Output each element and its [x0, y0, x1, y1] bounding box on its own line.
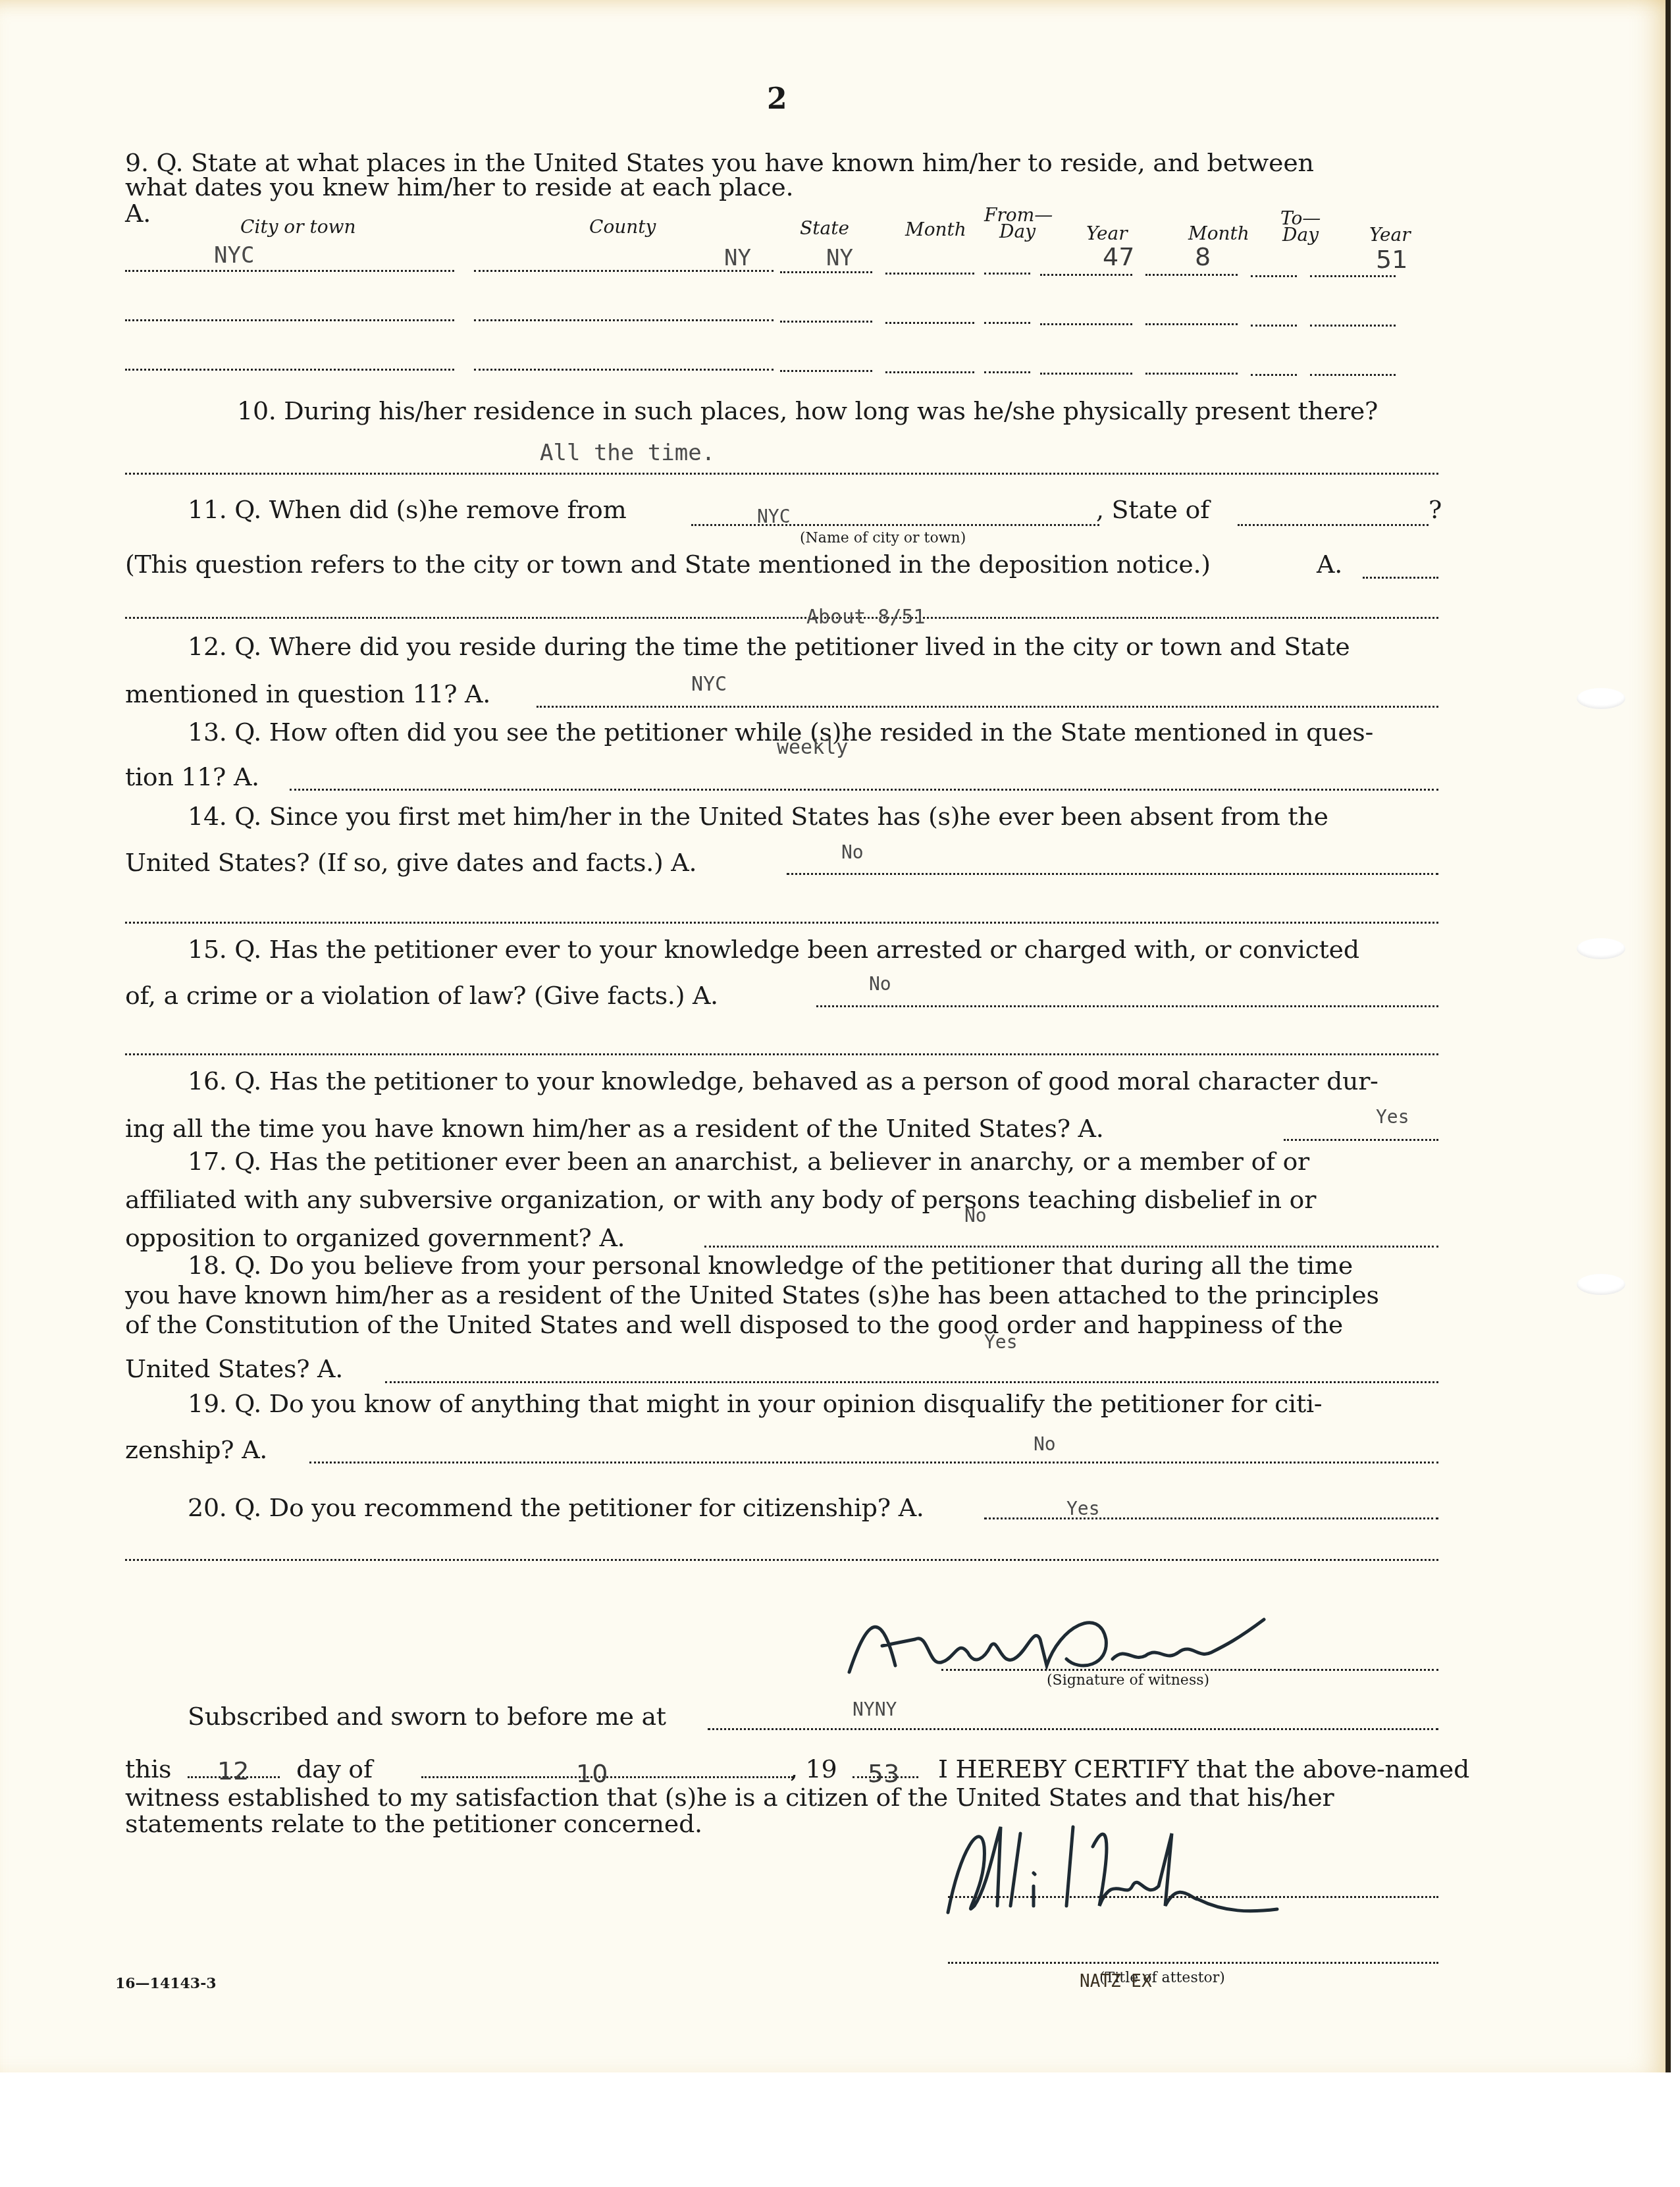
q20-answer-line — [984, 1517, 1438, 1519]
q9-answer-label: A. — [125, 199, 151, 228]
row1-from-year[interactable]: 47 — [1103, 242, 1134, 271]
q18-question-line4: United States? A. — [125, 1354, 343, 1383]
row1-to-year[interactable]: 51 — [1376, 245, 1407, 274]
attestor-title-line — [948, 1962, 1438, 1964]
punch-hole — [1577, 1274, 1625, 1295]
q11-answer[interactable]: About 8/51 — [806, 606, 926, 629]
witness-signature-line — [941, 1669, 1438, 1671]
q19-question-line2: zenship? A. — [125, 1435, 267, 1464]
q16-question-line2: ing all the time you have known him/her … — [125, 1114, 1103, 1143]
q18-answer-line — [385, 1381, 1438, 1383]
certify-line1: I HEREBY CERTIFY that the above-named — [938, 1754, 1469, 1783]
q12-answer[interactable]: NYC — [691, 673, 727, 696]
q11-answer-line — [125, 617, 1438, 619]
punch-hole — [1577, 938, 1625, 959]
q16-answer[interactable]: Yes — [1376, 1106, 1409, 1128]
q18-question-line1: 18. Q. Do you believe from your personal… — [188, 1251, 1353, 1280]
q18-question-line3: of the Constitution of the United States… — [125, 1310, 1343, 1339]
sworn-place-line — [708, 1728, 1438, 1730]
q11-question-end: ? — [1429, 495, 1442, 524]
q15-question-line1: 15. Q. Has the petitioner ever to your k… — [188, 935, 1359, 964]
q12-answer-line — [537, 706, 1438, 708]
q14-question-line2: United States? (If so, give dates and fa… — [125, 848, 696, 877]
col-to-year: Year — [1369, 224, 1411, 246]
this-label: this — [125, 1754, 171, 1783]
attestor-signature-line — [948, 1896, 1438, 1898]
q11-note: (This question refers to the city or tow… — [125, 550, 1211, 579]
form-number: 16—14143-3 — [115, 1975, 217, 1992]
q20-answer-line2 — [125, 1559, 1438, 1561]
q11-city-answer[interactable]: NYC — [757, 506, 791, 527]
q9-question-line2: what dates you knew him/her to reside at… — [125, 172, 793, 201]
q15-answer-line — [816, 1005, 1438, 1007]
q19-answer-line — [309, 1462, 1438, 1463]
q14-answer[interactable]: No — [841, 841, 864, 863]
col-from-year: Year — [1086, 223, 1128, 244]
q18-question-line2: you have known him/her as a resident of … — [125, 1280, 1379, 1309]
q11-state-label: , State of — [1096, 495, 1209, 524]
q18-answer[interactable]: Yes — [984, 1331, 1018, 1353]
q15-answer-line2 — [125, 1053, 1438, 1055]
q10-question: 10. During his/her residence in such pla… — [237, 396, 1378, 425]
certify-line3: statements relate to the petitioner conc… — [125, 1809, 702, 1838]
q11-answer-line-a — [1363, 577, 1438, 579]
witness-signature-caption: (Signature of witness) — [1047, 1672, 1209, 1689]
q16-answer-line — [1284, 1139, 1438, 1141]
q12-question-line2: mentioned in question 11? A. — [125, 679, 490, 708]
q17-answer[interactable]: No — [964, 1205, 987, 1226]
col-from-month: Month — [905, 219, 966, 240]
row1-state[interactable]: NY — [826, 245, 853, 271]
col-city: City or town — [240, 216, 356, 238]
sworn-place[interactable]: NYNY — [853, 1699, 897, 1720]
row1-county[interactable]: NY — [724, 245, 751, 271]
attestor-signature — [935, 1807, 1363, 1939]
q17-question-line2: affiliated with any subversive organizat… — [125, 1185, 1316, 1214]
q16-question-line1: 16. Q. Has the petitioner to your knowle… — [188, 1067, 1378, 1095]
row1-to-month[interactable]: 8 — [1195, 242, 1211, 271]
q17-answer-line — [704, 1246, 1438, 1248]
q20-question: 20. Q. Do you recommend the petitioner f… — [188, 1493, 924, 1522]
q13-answer[interactable]: weekly — [777, 736, 848, 759]
punch-hole — [1577, 688, 1625, 709]
q14-answer-line2 — [125, 922, 1438, 924]
q11-city-caption: (Name of city or town) — [800, 530, 966, 546]
day-of-label: day of — [296, 1754, 373, 1783]
q14-question-line1: 14. Q. Since you first met him/her in th… — [188, 802, 1328, 831]
q14-answer-line — [787, 873, 1438, 875]
q19-answer[interactable]: No — [1034, 1433, 1056, 1455]
q15-question-line2: of, a crime or a violation of law? (Give… — [125, 981, 718, 1010]
q17-question-line3: opposition to organized government? A. — [125, 1223, 625, 1252]
q11-state-line — [1238, 524, 1429, 526]
q20-answer[interactable]: Yes — [1066, 1498, 1100, 1519]
q11-city-line — [691, 524, 1099, 526]
row1-city[interactable]: NYC — [214, 242, 254, 269]
attestor-stamp: NATZ EX — [1080, 1972, 1152, 1991]
q11-question: 11. Q. When did (s)he remove from — [188, 495, 626, 524]
col-to-month: Month — [1188, 223, 1249, 244]
col-county: County — [589, 216, 656, 238]
q10-answer-line — [125, 473, 1438, 475]
q13-answer-line — [290, 789, 1438, 791]
q13-question-line2: tion 11? A. — [125, 762, 259, 791]
q11-answer-label: A. — [1317, 550, 1342, 579]
q10-answer[interactable]: All the time. — [540, 440, 715, 466]
year-prefix: , 19 — [790, 1754, 837, 1783]
col-from-day: Day — [999, 221, 1036, 242]
col-state: State — [800, 217, 849, 239]
col-to-day: Day — [1282, 224, 1319, 246]
q15-answer[interactable]: No — [869, 973, 891, 995]
page-number: 2 — [767, 82, 787, 116]
sworn-text: Subscribed and sworn to before me at — [188, 1702, 666, 1731]
q19-question-line1: 19. Q. Do you know of anything that migh… — [188, 1389, 1322, 1418]
q17-question-line1: 17. Q. Has the petitioner ever been an a… — [188, 1147, 1309, 1176]
q12-question-line1: 12. Q. Where did you reside during the t… — [188, 632, 1350, 661]
day-value[interactable]: 12 — [217, 1756, 249, 1785]
